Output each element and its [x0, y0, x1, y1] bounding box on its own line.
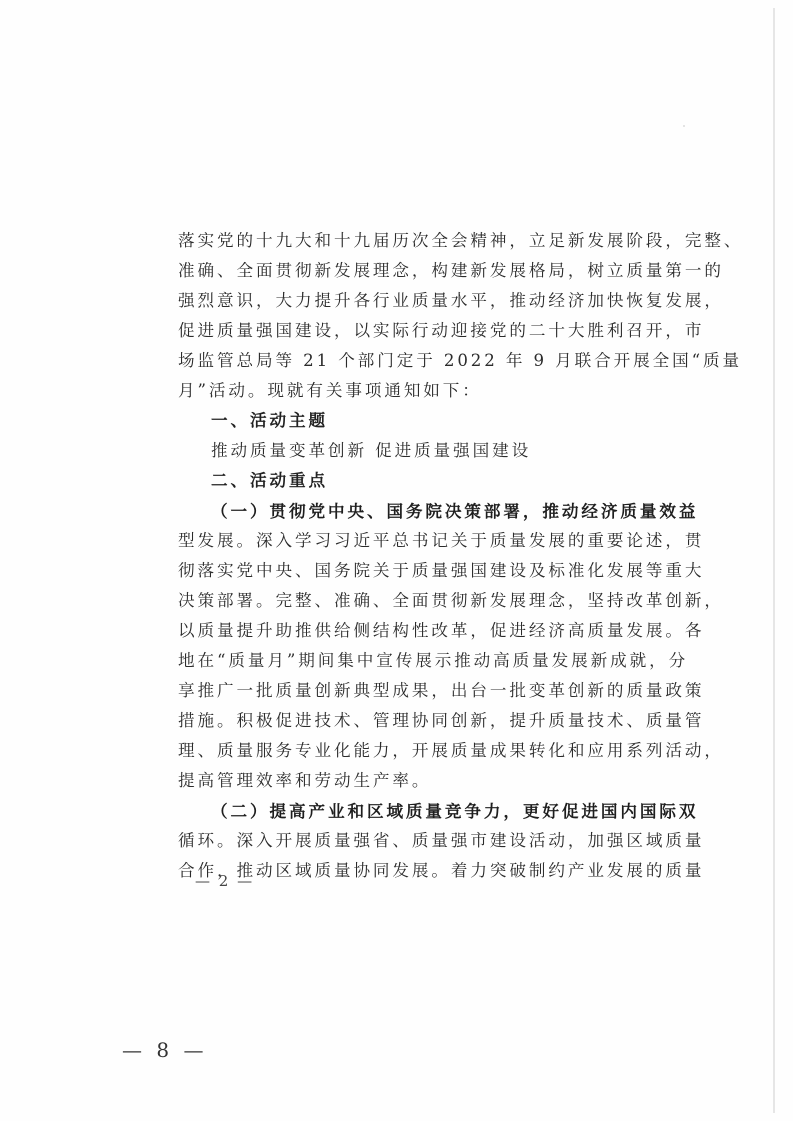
item1-line-5: 地在“质量月”期间集中宣传展示推动高质量发展新成就，分 [178, 646, 610, 676]
document-body: 落实党的十九大和十九届历次全会精神，立足新发展阶段，完整、 准确、全面贯彻新发展… [178, 226, 610, 886]
intro-line-1: 落实党的十九大和十九届历次全会精神，立足新发展阶段，完整、 [178, 226, 610, 256]
item2-line-1: 循环。深入开展质量强省、质量强市建设活动，加强区域质量 [178, 826, 610, 856]
outer-page-number: — 8 — [122, 1038, 207, 1062]
scan-speck [683, 125, 685, 127]
intro-line-3: 强烈意识，大力提升各行业质量水平，推动经济加快恢复发展， [178, 286, 610, 316]
item1-lead: （一）贯彻党中央、国务院决策部署，推动经济质量效益 [178, 496, 610, 526]
intro-line-5: 场监管总局等 21 个部门定于 2022 年 9 月联合开展全国“质量 [178, 346, 610, 376]
item1-line-1: 型发展。深入学习习近平总书记关于质量发展的重要论述，贯 [178, 526, 610, 556]
intro-line-2: 准确、全面贯彻新发展理念，构建新发展格局，树立质量第一的 [178, 256, 610, 286]
item1-line-9: 提高管理效率和劳动生产率。 [178, 766, 610, 796]
page-edge-line [773, 8, 775, 1113]
activity-theme: 推动质量变革创新 促进质量强国建设 [178, 436, 610, 466]
item1-line-7: 措施。积极促进技术、管理协同创新，提升质量技术、质量管 [178, 706, 610, 736]
item1-line-2: 彻落实党中央、国务院关于质量强国建设及标准化发展等重大 [178, 556, 610, 586]
section-heading-theme: 一、活动主题 [178, 406, 610, 436]
item2-lead: （二）提高产业和区域质量竞争力，更好促进国内国际双 [178, 796, 610, 826]
intro-line-4: 促进质量强国建设，以实际行动迎接党的二十大胜利召开，市 [178, 316, 610, 346]
item1-line-3: 决策部署。完整、准确、全面贯彻新发展理念，坚持改革创新， [178, 586, 610, 616]
item1-line-6: 享推广一批质量创新典型成果，出台一批变革创新的质量政策 [178, 676, 610, 706]
item1-line-8: 理、质量服务专业化能力，开展质量成果转化和应用系列活动， [178, 736, 610, 766]
item1-line-4: 以质量提升助推供给侧结构性改革，促进经济高质量发展。各 [178, 616, 610, 646]
section-heading-focus: 二、活动重点 [178, 466, 610, 496]
inner-page-number: — 2 — [195, 872, 254, 890]
intro-line-6: 月”活动。现就有关事项通知如下： [178, 376, 610, 406]
document-page: 落实党的十九大和十九届历次全会精神，立足新发展阶段，完整、 准确、全面贯彻新发展… [0, 0, 793, 1121]
